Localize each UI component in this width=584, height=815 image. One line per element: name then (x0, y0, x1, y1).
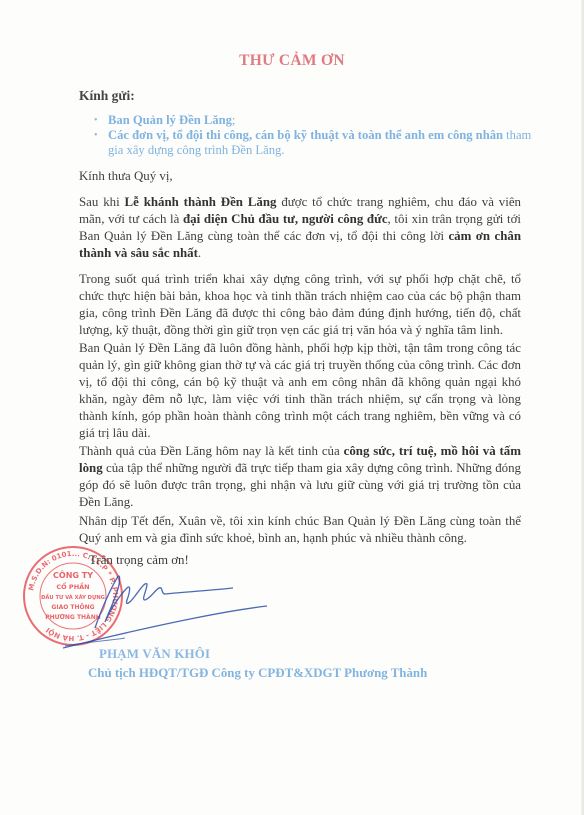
text: Sau khi (79, 195, 125, 209)
recipient-name: Ban Quản lý Đền Lăng (108, 113, 232, 127)
paragraph-4: Thành quả của Đền Lăng hôm nay là kết ti… (79, 443, 521, 511)
signature-icon (55, 560, 285, 650)
signer-title: Chủ tịch HĐQT/TGĐ Công ty CPĐT&XDGT Phươ… (88, 666, 427, 681)
paragraph-2: Trong suốt quá trình triển khai xây dựng… (79, 271, 521, 339)
signer-name: PHẠM VĂN KHÔI (99, 647, 210, 662)
text: . (198, 246, 201, 260)
paragraph-1: Sau khi Lễ khánh thành Đền Lăng được tổ … (79, 194, 521, 262)
emphasis: Lễ khánh thành Đền Lăng (125, 195, 277, 209)
letter-title: THƯ CẢM ƠN (0, 52, 584, 70)
emphasis: đại diện Chủ đầu tư, người công đức (183, 212, 388, 226)
recipient-item: Các đơn vị, tổ đội thi công, cán bộ kỹ t… (94, 128, 534, 158)
recipient-name: Các đơn vị, tổ đội thi công, cán bộ kỹ t… (108, 128, 503, 142)
text: của tập thể những người đã trực tiếp tha… (79, 461, 521, 509)
paragraph-3: Ban Quản lý Đền Lăng đã luôn đồng hành, … (79, 340, 521, 442)
text: Thành quả của Đền Lăng hôm nay là kết ti… (79, 444, 344, 458)
recipient-list: Ban Quản lý Đền Lăng; Các đơn vị, tổ đội… (94, 113, 534, 158)
recipient-item: Ban Quản lý Đền Lăng; (94, 113, 534, 128)
greeting: Kính gửi: (79, 88, 135, 104)
recipient-suffix: ; (232, 113, 236, 127)
salutation: Kính thưa Quý vị, (79, 168, 521, 185)
paragraph-5: Nhân dịp Tết đến, Xuân về, tôi xin kính … (79, 513, 521, 547)
